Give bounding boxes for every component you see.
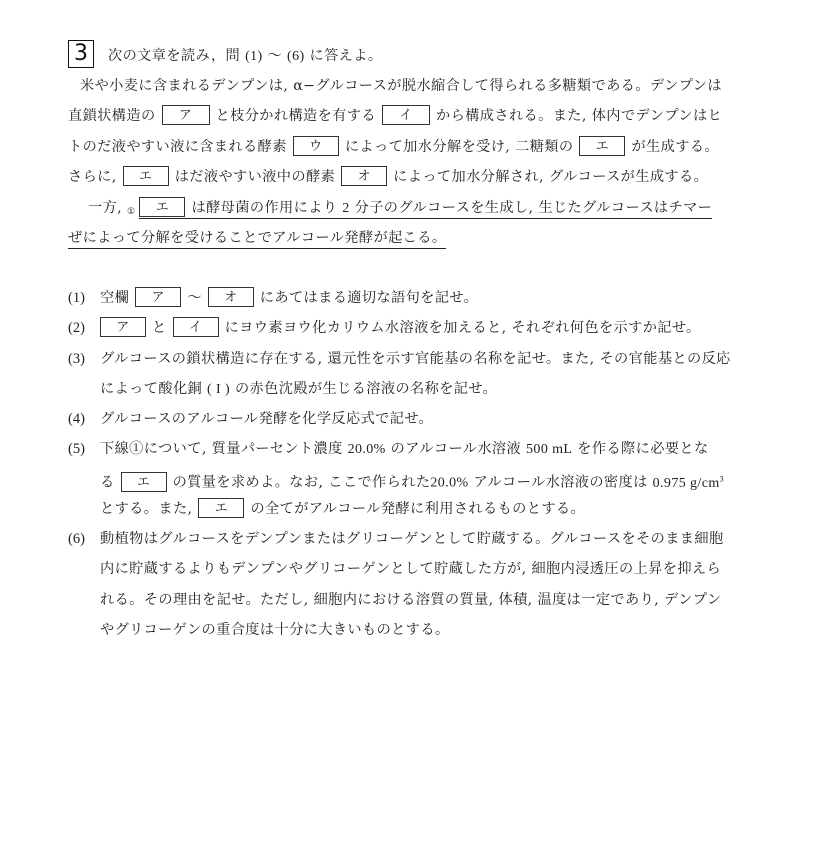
question-text: を作る際に必要とな (577, 441, 708, 457)
question-text: グルコースの鎖状構造に存在する, 還元性を示す官能基の名称を記せ。また, その官… (100, 351, 731, 367)
question-text: の赤色沈殿が生じる溶液の名称を記せ。 (235, 381, 497, 397)
underline-marker-1: ① (127, 207, 135, 217)
roman-numeral: ( I ) (207, 382, 230, 397)
density-value: 0.975 g/cm3 (653, 476, 724, 491)
question-text: のアルコール水溶液 (391, 441, 521, 457)
question-text: と (152, 320, 167, 336)
question-6-line-1: 動植物はグルコースをデンプンまたはグリコーゲンとして貯蔵する。グルコースをそのま… (100, 527, 724, 551)
question-1-text: 空欄ア～オにあてはまる適切な語句を記せ。 (100, 286, 478, 310)
passage-line-6: ぜによって分解を受けることでアルコール発酵が起こる。 (68, 226, 446, 250)
underlined-passage: エは酵母菌の作用により 2 分子のグルコースを生成し, 生じたグルコースはチマー (139, 200, 712, 219)
concentration-value: 20.0% (430, 476, 468, 491)
question-text: にヨウ素ヨウ化カリウム水溶液を加えると, それぞれ何色を示すか記せ。 (225, 320, 701, 336)
blank-a: ア (162, 105, 210, 125)
question-text: アルコール水溶液の密度は (474, 475, 648, 491)
blank-e: エ (123, 166, 169, 186)
passage-text: 米や小麦に含まれるデンプンは, α−グルコースが脱水縮合して得られる多糖類である… (80, 78, 722, 94)
question-tilde: ～ (187, 290, 202, 306)
passage-text: は酵母菌の作用により (191, 200, 337, 216)
blank-a: ア (135, 287, 181, 307)
passage-text: によって加水分解を受け, 二糖類の (345, 139, 574, 155)
underlined-passage: ぜによって分解を受けることでアルコール発酵が起こる。 (68, 230, 446, 249)
question-2-text: アとイにヨウ素ヨウ化カリウム水溶液を加えると, それぞれ何色を示すか記せ。 (100, 316, 701, 340)
question-text: 空欄 (100, 290, 129, 306)
passage-text: と枝分かれ構造を有する (216, 108, 376, 124)
question-text: によって酸化銅 (100, 381, 202, 397)
question-text: にあてはまる適切な語句を記せ。 (260, 290, 478, 306)
blank-i: イ (382, 105, 430, 125)
passage-text: はだ液やすい液中の酵素 (175, 169, 335, 185)
passage-number: 2 (342, 201, 349, 216)
question-text: の質量を求めよ。なお, ここで作られた (173, 475, 431, 491)
passage-line-2: 直鎖状構造のアと枝分かれ構造を有するイから構成される。また, 体内でデンプンはヒ (68, 104, 722, 128)
question-3-line-1: グルコースの鎖状構造に存在する, 還元性を示す官能基の名称を記せ。また, その官… (100, 347, 731, 371)
instruction-range-end: (6) (287, 49, 305, 64)
question-4-number: (4) (68, 407, 85, 431)
question-text: の全てがアルコール発酵に利用されるものとする。 (250, 501, 585, 517)
question-text: グルコースのアルコール発酵を化学反応式で記せ。 (100, 411, 433, 427)
question-6-line-2: 内に貯蔵するよりもデンプンやグリコーゲンとして貯蔵した方が, 細胞内浸透圧の上昇… (100, 557, 721, 581)
passage-line-3: トのだ液やすい液に含まれる酵素ウによって加水分解を受け, 二糖類のエが生成する。 (68, 135, 719, 159)
blank-e: エ (198, 498, 244, 518)
concentration-value: 20.0% (348, 442, 386, 457)
question-4-text: グルコースのアルコール発酵を化学反応式で記せ。 (100, 407, 433, 431)
question-5-line-3: とする。また,エの全てがアルコール発酵に利用されるものとする。 (100, 497, 585, 521)
passage-line-4: さらに,エはだ液やすい液中の酵素オによって加水分解され, グルコースが生成する。 (68, 165, 708, 189)
passage-line-1: 米や小麦に含まれるデンプンは, α−グルコースが脱水縮合して得られる多糖類である… (80, 74, 722, 98)
question-text: 内に貯蔵するよりもデンプンやグリコーゲンとして貯蔵した方が, 細胞内浸透圧の上昇… (100, 561, 721, 577)
passage-text: が生成する。 (631, 139, 719, 155)
passage-line-5: 一方, ①エは酵母菌の作用により 2 分子のグルコースを生成し, 生じたグルコー… (88, 196, 712, 220)
passage-text: によって加水分解され, グルコースが生成する。 (393, 169, 708, 185)
question-1-number: (1) (68, 286, 85, 310)
question-text: る (100, 475, 115, 491)
passage-text: 一方, (88, 200, 122, 216)
volume-value: 500 mL (526, 442, 572, 457)
question-text: れる。その理由を記せ。ただし, 細胞内における溶質の質量, 体積, 温度は一定で… (100, 592, 722, 608)
problem-instruction: 次の文章を読み，問 (1) ～ (6) に答えよ。 (108, 44, 382, 68)
passage-text: さらに, (68, 169, 117, 185)
passage-text: 直鎖状構造の (68, 108, 156, 124)
passage-text: 分子のグルコースを生成し, 生じたグルコースはチマー (355, 200, 713, 216)
instruction-text-end: に答えよ。 (309, 48, 382, 64)
passage-text: トのだ液やすい液に含まれる酵素 (68, 139, 287, 155)
question-6-line-4: やグリコーゲンの重合度は十分に大きいものとする。 (100, 618, 450, 642)
blank-o: オ (208, 287, 254, 307)
question-text: やグリコーゲンの重合度は十分に大きいものとする。 (100, 622, 450, 638)
problem-number-box: 3 (68, 40, 94, 68)
question-2-number: (2) (68, 316, 85, 340)
blank-e: エ (139, 197, 185, 217)
blank-a: ア (100, 317, 146, 337)
blank-u: ウ (293, 136, 339, 156)
question-3-line-2: によって酸化銅 ( I ) の赤色沈殿が生じる溶液の名称を記せ。 (100, 377, 497, 401)
instruction-text: 次の文章を読み，問 (108, 48, 240, 64)
question-text: 動植物はグルコースをデンプンまたはグリコーゲンとして貯蔵する。グルコースをそのま… (100, 531, 724, 547)
question-5-line-2: るエの質量を求めよ。なお, ここで作られた20.0% アルコール水溶液の密度は … (100, 467, 724, 491)
blank-o: オ (341, 166, 387, 186)
question-6-number: (6) (68, 527, 85, 551)
question-3-number: (3) (68, 347, 85, 371)
blank-i: イ (173, 317, 219, 337)
question-5-line-1: 下線①について, 質量パーセント濃度 20.0% のアルコール水溶液 500 m… (100, 437, 709, 461)
question-text: 下線①について, 質量パーセント濃度 (100, 441, 343, 457)
question-text: とする。また, (100, 501, 192, 517)
blank-e: エ (579, 136, 625, 156)
blank-e: エ (121, 472, 167, 492)
question-5-number: (5) (68, 437, 85, 461)
instruction-range-start: (1) (245, 49, 263, 64)
instruction-tilde: ～ (268, 48, 283, 64)
question-6-line-3: れる。その理由を記せ。ただし, 細胞内における溶質の質量, 体積, 温度は一定で… (100, 588, 722, 612)
passage-text: から構成される。また, 体内でデンプンはヒ (436, 108, 722, 124)
